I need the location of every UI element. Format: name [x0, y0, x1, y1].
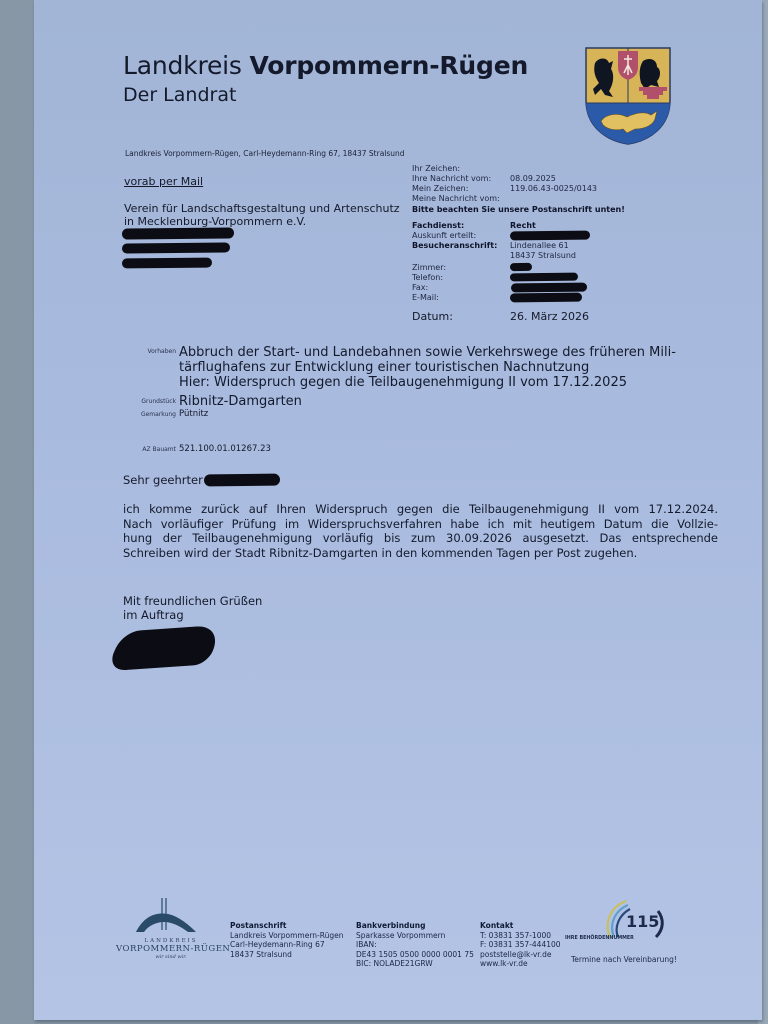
contact-value: 18437 Stralsund: [510, 251, 576, 260]
recipient-line: Verein für Landschaftsgestaltung und Art…: [124, 202, 400, 215]
contact-label: E-Mail:: [412, 293, 510, 302]
subject-line: Hier: Widerspruch gegen die Teilbaugeneh…: [179, 375, 676, 390]
redaction-mark: [510, 273, 578, 282]
contact-fachdienst: Fachdienst:Recht: [412, 221, 536, 230]
gemarkung-value: Pütnitz: [179, 409, 208, 419]
salutation: Sehr geehrter: [123, 473, 203, 487]
redaction-mark: [122, 227, 234, 239]
contact-zimmer: Zimmer:: [412, 263, 510, 272]
recipient-address: Verein für Landschaftsgestaltung und Art…: [124, 202, 400, 228]
contact-besucheranschrift: Besucheranschrift:Lindenallee 61: [412, 241, 569, 250]
bridge-logo-icon: [116, 896, 226, 936]
district-logo: LANDKREIS VORPOMMERN-RÜGEN wir sind wir.: [116, 896, 226, 966]
gemarkung-label: Gemarkung: [116, 411, 176, 418]
contact-label: Fachdienst:: [412, 221, 510, 230]
ref-ihre-nachricht: Ihre Nachricht vom:08.09.2025: [412, 174, 556, 183]
footer-line: Carl-Heydemann-Ring 67: [230, 940, 325, 949]
ref-value: 08.09.2025: [510, 174, 556, 183]
redaction-mark: [510, 263, 532, 271]
vorhaben-label: Vorhaben: [116, 348, 176, 355]
svg-text:115: 115: [626, 912, 659, 931]
redaction-mark: [122, 242, 230, 253]
logo-line2: VORPOMMERN-RÜGEN: [116, 944, 226, 954]
authority-subtitle: Der Landrat: [123, 84, 236, 106]
letter-date: Datum:26. März 2026: [412, 310, 589, 323]
ref-label: Ihre Nachricht vom:: [412, 174, 510, 183]
footer-heading: Kontakt: [480, 921, 513, 930]
subject-vorhaben: Abbruch der Start- und Landebahnen sowie…: [179, 345, 676, 390]
title-bold: Vorpommern-Rügen: [249, 51, 528, 80]
ref-meine-nachricht: Meine Nachricht vom:: [412, 194, 510, 203]
contact-label: Auskunft erteilt:: [412, 231, 510, 240]
letter-page: Landkreis Vorpommern-Rügen Der Landrat L…: [34, 0, 762, 1020]
subject-line: Abbruch der Start- und Landebahnen sowie…: [179, 345, 676, 360]
ref-ihr-zeichen: Ihr Zeichen:: [412, 164, 510, 173]
subject-line: tärflughafens zur Entwicklung einer tour…: [179, 360, 676, 375]
footer-heading: Postanschrift: [230, 921, 286, 930]
body-line: Nach vorläufiger Prüfung im Widerspruchs…: [123, 517, 718, 532]
recipient-line: in Mecklenburg-Vorpommern e.V.: [124, 215, 400, 228]
delivery-note: vorab per Mail: [124, 175, 203, 188]
coat-of-arms-icon: [583, 45, 673, 145]
footer-line: Sparkasse Vorpommern: [356, 931, 445, 940]
redaction-mark: [510, 231, 590, 241]
footer-heading: Bankverbindung: [356, 921, 425, 930]
date-value: 26. März 2026: [510, 310, 589, 323]
redaction-mark: [511, 283, 587, 293]
ref-value: 119.06.43-0025/0143: [510, 184, 597, 193]
az-label: AZ Bauamt: [116, 446, 176, 453]
footer-fax: F: 03831 357-444100: [480, 940, 561, 949]
body-line: Schreiben wird der Stadt Ribnitz-Damgart…: [123, 546, 718, 561]
contact-label: Fax:: [412, 283, 510, 292]
redaction-mark: [204, 474, 280, 487]
footer-bank: Bankverbindung Sparkasse Vorpommern IBAN…: [356, 921, 474, 969]
footer-line: BIC: NOLADE21GRW: [356, 959, 433, 968]
ref-label: Meine Nachricht vom:: [412, 194, 510, 203]
ref-label: Ihr Zeichen:: [412, 164, 510, 173]
ref-mein-zeichen: Mein Zeichen:119.06.43-0025/0143: [412, 184, 597, 193]
postal-address-notice: Bitte beachten Sie unsere Postanschrift …: [412, 205, 625, 214]
footer-website: www.lk-vr.de: [480, 959, 528, 968]
contact-label: Zimmer:: [412, 263, 510, 272]
footer-line: DE43 1505 0500 0000 0001 75: [356, 950, 474, 959]
notice-text: Bitte beachten Sie unsere Postanschrift …: [412, 205, 625, 214]
contact-value: Recht: [510, 221, 536, 230]
contact-value: Lindenallee 61: [510, 241, 569, 250]
letter-body: ich komme zurück auf Ihren Widerspruch g…: [123, 502, 718, 560]
date-label: Datum:: [412, 310, 510, 323]
contact-besucheranschrift-city: 18437 Stralsund: [412, 251, 576, 260]
contact-auskunft: Auskunft erteilt:: [412, 231, 510, 240]
body-line: ich komme zurück auf Ihren Widerspruch g…: [123, 502, 718, 517]
footer-phone: T: 03831 357-1000: [480, 931, 551, 940]
footer-line: 18437 Stralsund: [230, 950, 292, 959]
contact-email: E-Mail:: [412, 293, 510, 302]
contact-label: Telefon:: [412, 273, 510, 282]
footer-email: poststelle@lk-vr.de: [480, 950, 551, 959]
grundstueck-value: Ribnitz-Damgarten: [179, 394, 302, 409]
service-115-logo: 115 IHRE BEHÖRDENNUMMER: [564, 893, 674, 953]
footer-postanschrift: Postanschrift Landkreis Vorpommern-Rügen…: [230, 921, 344, 959]
service-caption: IHRE BEHÖRDENNUMMER: [565, 936, 634, 941]
appointment-note: Termine nach Vereinbarung!: [571, 955, 677, 964]
ref-label: Mein Zeichen:: [412, 184, 510, 193]
signature-redaction: [105, 625, 225, 672]
footer-line: Landkreis Vorpommern-Rügen: [230, 931, 344, 940]
on-behalf-line: im Auftrag: [123, 608, 262, 622]
contact-label: Besucheranschrift:: [412, 241, 510, 250]
footer-line: IBAN:: [356, 940, 377, 949]
contact-telefon: Telefon:: [412, 273, 510, 282]
logo-tagline: wir sind wir.: [116, 954, 226, 960]
footer-kontakt: Kontakt T: 03831 357-1000 F: 03831 357-4…: [480, 921, 561, 969]
redaction-mark: [122, 258, 212, 269]
sender-return-address: Landkreis Vorpommern-Rügen, Carl-Heydema…: [125, 149, 405, 158]
closing-line: Mit freundlichen Grüßen: [123, 594, 262, 608]
redaction-mark: [510, 293, 582, 303]
closing: Mit freundlichen Grüßen im Auftrag: [123, 594, 262, 622]
body-line: hung der Teilbaugenehmigung vorläufig bi…: [123, 531, 718, 546]
contact-fax: Fax:: [412, 283, 510, 292]
grundstueck-label: Grundstück: [116, 398, 176, 405]
authority-title: Landkreis Vorpommern-Rügen: [123, 51, 528, 80]
az-value: 521.100.01.01267.23: [179, 444, 271, 454]
title-regular: Landkreis: [123, 51, 249, 80]
